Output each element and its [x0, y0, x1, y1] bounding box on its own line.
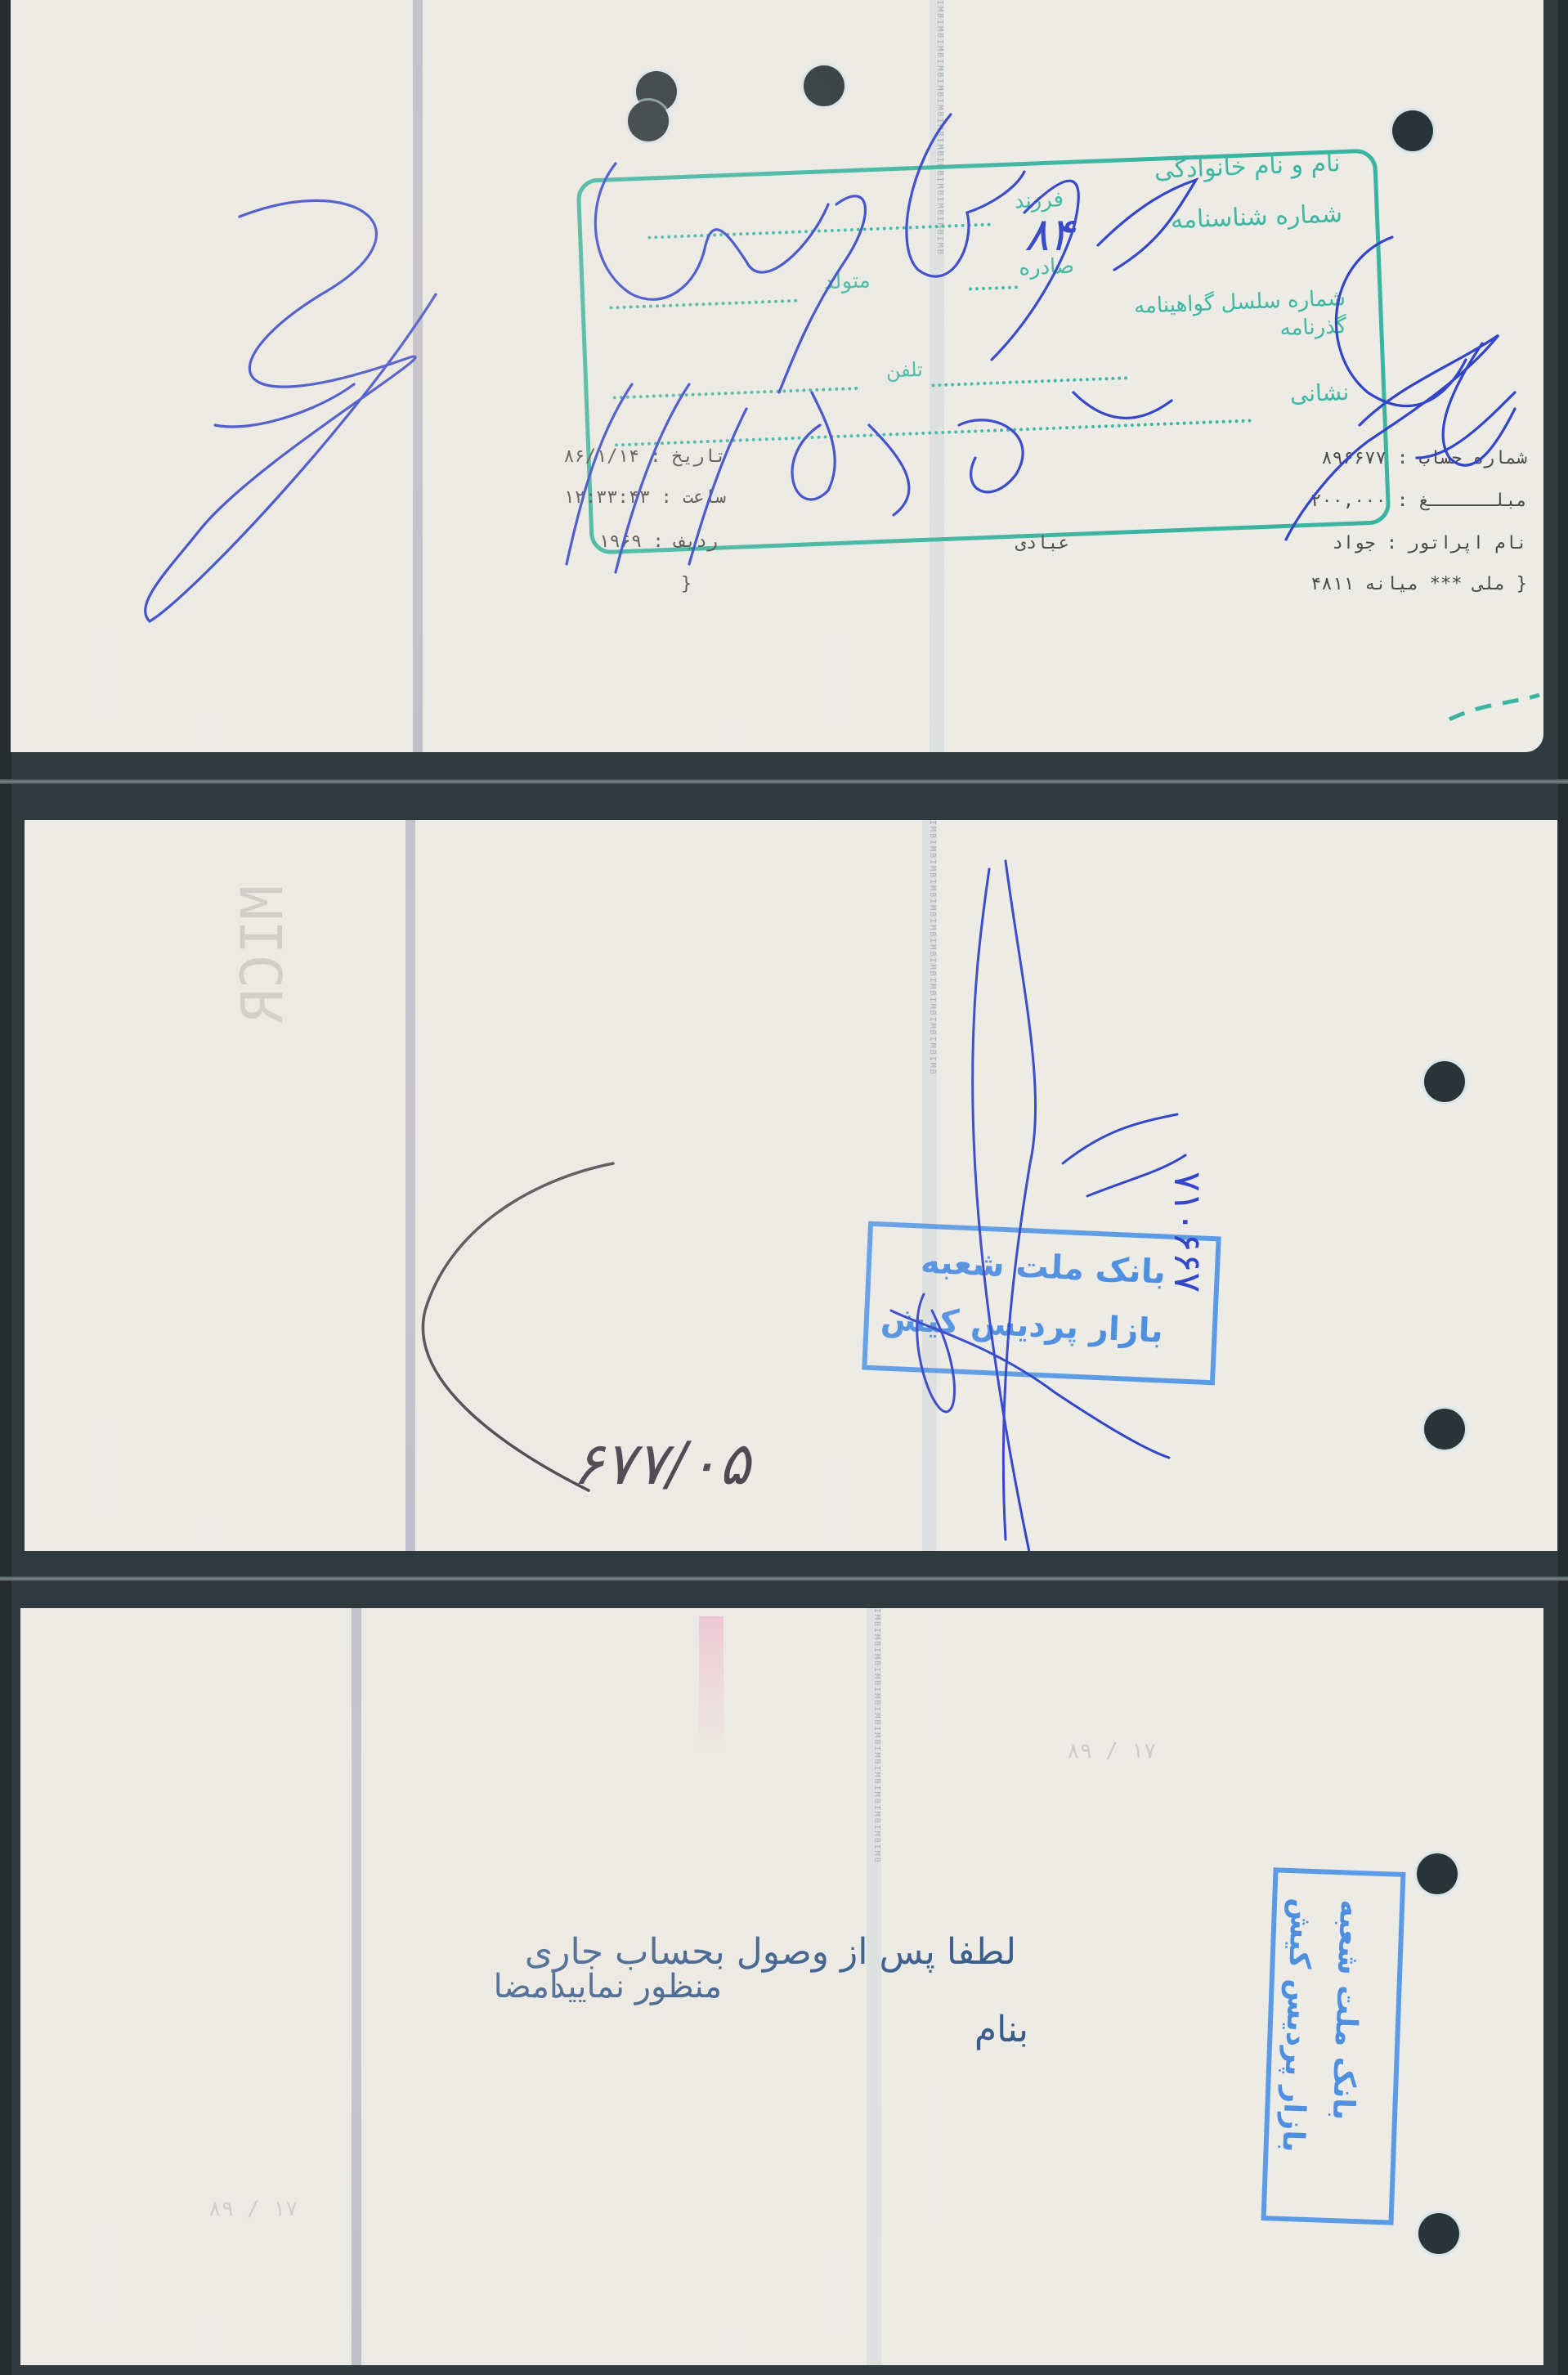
endorsement-line-2: منظور نمایید .: [530, 1968, 722, 2005]
teller-time-line: ساعت : ۱۲:۳۳:۴۳: [563, 487, 726, 508]
punch-hole: [804, 65, 844, 106]
row-label: ردیف :: [653, 531, 718, 552]
time-label: ساعت :: [661, 487, 726, 508]
teller-operator-line: نام اپراتور : جواد: [1333, 533, 1527, 553]
operator-label: نام اپراتور :: [1387, 533, 1527, 553]
sleeve-right-edge: [1558, 0, 1568, 2375]
punch-hole: [1424, 1409, 1465, 1450]
amount-label: مبلــــــغ :: [1397, 491, 1527, 511]
endorsement-line-1: لطفا پس از وصول بحساب جاری: [525, 1931, 1016, 1973]
security-thread: [405, 820, 415, 1551]
punch-hole: [1418, 2213, 1459, 2254]
handwritten-numeral: ۸۴: [1024, 208, 1073, 262]
stamp-line-1: بانک ملت شعبه: [920, 1244, 1167, 1292]
sleeve-left-edge: [0, 0, 11, 2375]
teller-date-line: تاریخ : ۸۶/۱/۱۴: [563, 446, 726, 467]
punch-hole: [1417, 1853, 1458, 1894]
microtext-strip: IMBIMBIMBIMBIMBIMBIMBIMBIMBIMBIMBIMBIMB: [867, 1608, 881, 2365]
punch-hole: [628, 101, 669, 141]
security-thread: [413, 0, 423, 752]
account-number: ۸۹۶۶۷۷: [1321, 448, 1386, 468]
operator-first-name: جواد: [1333, 533, 1376, 553]
field-phone-label: تلفن: [885, 358, 923, 383]
field-born-label: متولد: [823, 268, 871, 294]
cheque-3-back: IMBIMBIMBIMBIMBIMBIMBIMBIMBIMBIMBIMBIMB …: [20, 1608, 1543, 2365]
amount-value: ۲۰۰,۰۰۰: [1310, 491, 1387, 511]
field-id-number-label: شماره شناسنامه: [1170, 199, 1342, 235]
fraction-top: ۱۷ / ۸۹: [1067, 1739, 1157, 1763]
field-serial-license-passport-label: شماره سلسل گواهینامه گذرنامه: [1132, 285, 1346, 348]
bank-mellat-branch-stamp: بانک ملت شعبه بازار پردیس کیش: [1261, 1867, 1406, 2225]
mirrored-bleed-through: MICR: [229, 885, 296, 1024]
stamp-line-2: بازار پردیس کیش: [1275, 1898, 1318, 2153]
punch-hole: [1392, 110, 1433, 151]
field-name-label: نام و نام خانوادگی: [1154, 149, 1341, 185]
operator-surname: عبادی: [1015, 533, 1069, 553]
teller-account-line: شماره حساب : ۸۹۶۶۷۷: [1321, 448, 1527, 468]
endorsement-payee-prefix: بنام: [974, 2009, 1028, 2050]
row-value: ۱۹۶۹: [598, 531, 642, 552]
cheque-2-back: IMBIMBIMBIMBIMBIMBIMBIMBIMBIMBIMBIMBIMB …: [25, 820, 1557, 1551]
microtext-strip: IMBIMBIMBIMBIMBIMBIMBIMBIMBIMBIMBIMBIMB: [922, 820, 937, 1551]
teller-amount-line: مبلــــــغ : ۲۰۰,۰۰۰: [1310, 491, 1527, 511]
cheque-1-back: IMBIMBIMBIMBIMBIMBIMBIMBIMBIMBIMBIMBIMB …: [11, 0, 1543, 752]
stamp-line-1: بانک ملت شعبه: [1326, 1899, 1367, 2121]
field-address-label: نشانی: [1289, 379, 1350, 408]
closing-brace: }: [681, 574, 692, 594]
account-label: شماره حساب :: [1397, 448, 1527, 468]
date-label: تاریخ :: [650, 446, 726, 467]
handwritten-side-number: ۷۱۰۶۶۷: [1166, 1172, 1210, 1293]
time-value: ۱۲:۳۳:۴۳: [563, 487, 650, 508]
sleeve-divider-1: [0, 779, 1568, 784]
date-value: ۸۶/۱/۱۴: [563, 446, 639, 467]
handwritten-amount: ۶۷۷/۰۵: [572, 1429, 750, 1498]
sleeve-divider-2: [0, 1576, 1568, 1581]
teller-row-line: ردیف : ۱۹۶۹: [598, 531, 718, 552]
signature-label: امضا: [494, 1968, 558, 2005]
teller-branch-line: { ملی *** میانه ۴۸۱۱: [1310, 574, 1527, 594]
punch-hole: [1424, 1061, 1465, 1102]
pink-ink-smudge: [699, 1616, 724, 1755]
stamp-line-2: بازار پردیس کیش: [880, 1300, 1163, 1350]
security-thread: [352, 1608, 361, 2365]
fraction-bottom: ۱۷ / ۸۹: [208, 2197, 298, 2221]
